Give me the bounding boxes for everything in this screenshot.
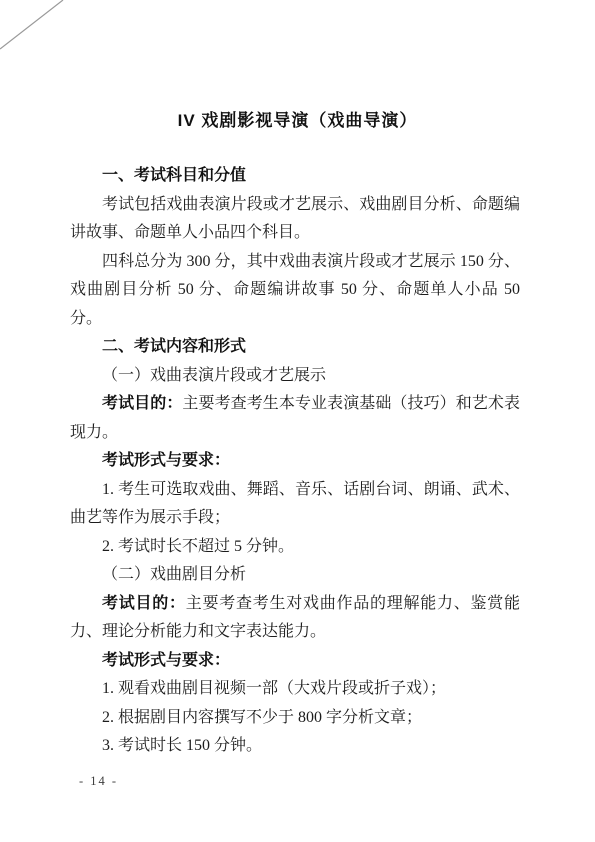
document-body: 一、考试科目和分值 考试包括戏曲表演片段或才艺展示、戏曲剧目分析、命题编讲故事、… (70, 162, 520, 761)
paragraph-exam-purpose-1: 考试目的：主要考查考生本专业表演基础（技巧）和艺术表现力。 (70, 390, 520, 447)
page-title: IV 戏剧影视导演（戏曲导演） (0, 108, 595, 134)
subsection-heading-performance: （一）戏曲表演片段或才艺展示 (70, 362, 520, 391)
list-item-2-3: 3. 考试时长 150 分钟。 (70, 732, 520, 761)
section-heading-exam-subjects: 一、考试科目和分值 (70, 162, 520, 191)
list-item-2-2: 2. 根据剧目内容撰写不少于 800 字分析文章； (70, 704, 520, 733)
list-item-1-1: 1. 考生可选取戏曲、舞蹈、音乐、话剧台词、朗诵、武术、曲艺等作为展示手段； (70, 476, 520, 533)
exam-purpose-label-2: 考试目的： (102, 595, 186, 612)
requirements-heading-2: 考试形式与要求： (70, 647, 520, 676)
page-number: - 14 - (79, 773, 118, 789)
scan-corner-line (0, 0, 70, 55)
list-item-2-1: 1. 观看戏曲剧目视频一部（大戏片段或折子戏）； (70, 675, 520, 704)
exam-purpose-label-1: 考试目的： (102, 395, 182, 412)
subsection-heading-analysis: （二）戏曲剧目分析 (70, 561, 520, 590)
document-page: IV 戏剧影视导演（戏曲导演） 一、考试科目和分值 考试包括戏曲表演片段或才艺展… (0, 0, 595, 842)
section-heading-exam-content: 二、考试内容和形式 (70, 333, 520, 362)
list-item-1-2: 2. 考试时长不超过 5 分钟。 (70, 533, 520, 562)
requirements-heading-1: 考试形式与要求： (70, 447, 520, 476)
paragraph-score-breakdown: 四科总分为 300 分，其中戏曲表演片段或才艺展示 150 分、戏曲剧目分析 5… (70, 248, 520, 334)
paragraph-exam-purpose-2: 考试目的：主要考查考生对戏曲作品的理解能力、鉴赏能力、理论分析能力和文字表达能力… (70, 590, 520, 647)
paragraph-subjects-list: 考试包括戏曲表演片段或才艺展示、戏曲剧目分析、命题编讲故事、命题单人小品四个科目… (70, 191, 520, 248)
